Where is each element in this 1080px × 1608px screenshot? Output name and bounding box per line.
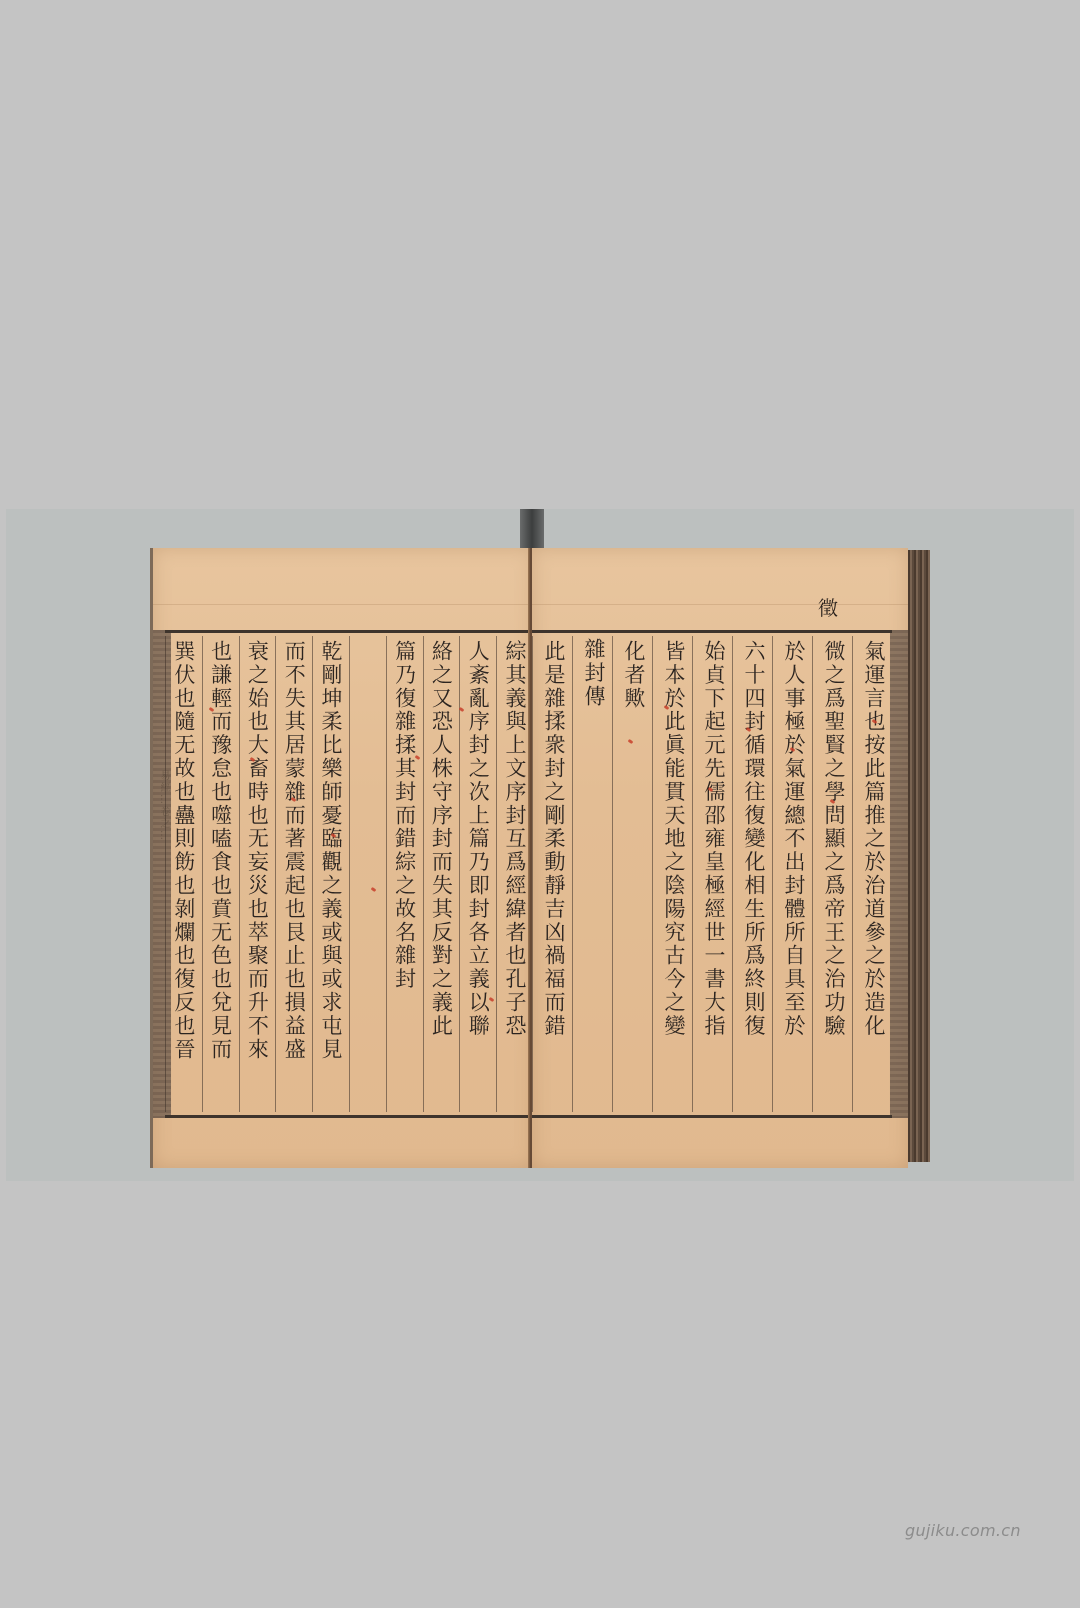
text-column: 絡之又恐人株守序封而失其反對之義此 <box>423 636 460 1112</box>
blank-column <box>349 636 386 1112</box>
text-column: 巽伏也隨无故也蠱則飭也剝爛也復反也晉 <box>165 636 202 1112</box>
text-column: 始貞下起元先儒邵雍皇極經世一書大指 <box>692 636 732 1112</box>
text-column: 也謙輕而豫怠也噬嗑食也賁无色也兌見而 <box>202 636 239 1112</box>
text-column: 此是雜揉衆封之剛柔動靜吉凶禍福而錯 <box>532 636 572 1112</box>
text-column: 乾剛坤柔比樂師憂臨觀之義或與或求屯見 <box>312 636 349 1112</box>
text-column: 人紊亂序封之次上篇乃即封各立義以聯 <box>459 636 496 1112</box>
text-column: 而不失其居蒙雜而著震起也艮止也損益盛 <box>275 636 312 1112</box>
left-page-columns: 綜其義與上文序封互爲經緯者也孔子恐 人紊亂序封之次上篇乃即封各立義以聯 絡之又恐… <box>165 636 533 1112</box>
section-title-column: 雜封傳 <box>572 636 612 1112</box>
text-column: 於人事極於氣運總不出封體所自具至於 <box>772 636 812 1112</box>
right-page-columns: 氣運言也按此篇推之於治道參之於造化 微之爲聖賢之學問顯之爲帝王之治功驗 於人事極… <box>532 636 892 1112</box>
left-page: 易經…卷之… 綜其義與上文序封互爲經緯者也孔子恐 人紊亂序封之次上篇乃即封各立義… <box>150 548 533 1168</box>
text-column: 篇乃復雜揉其封而錯綜之故名雜封 <box>386 636 423 1112</box>
right-page: 徵 氣運言也按此篇推之於治道參之於造化 微之爲聖賢之學問顯之爲帝王之治功驗 於人… <box>532 548 908 1168</box>
text-column: 皆本於此眞能貫天地之陰陽究古今之變 <box>652 636 692 1112</box>
paper-stain <box>532 604 908 605</box>
top-margin-character: 徵 <box>818 592 838 621</box>
text-column: 微之爲聖賢之學問顯之爲帝王之治功驗 <box>812 636 852 1112</box>
paper-stain <box>153 604 533 605</box>
text-column: 衰之始也大畜時也无妄災也萃聚而升不來 <box>239 636 276 1112</box>
text-column: 化者歟 <box>612 636 652 1112</box>
text-column: 六十四封循環往復變化相生所爲終則復 <box>732 636 772 1112</box>
open-book: 易經…卷之… 綜其義與上文序封互爲經緯者也孔子恐 人紊亂序封之次上篇乃即封各立義… <box>150 548 928 1168</box>
text-column: 氣運言也按此篇推之於治道參之於造化 <box>852 636 892 1112</box>
left-page-text-frame: 綜其義與上文序封互爲經緯者也孔子恐 人紊亂序封之次上篇乃即封各立義以聯 絡之又恐… <box>165 630 533 1118</box>
right-page-text-frame: 氣運言也按此篇推之於治道參之於造化 微之爲聖賢之學問顯之爲帝王之治功驗 於人事極… <box>532 630 892 1118</box>
right-page-banxin <box>890 630 908 1118</box>
book-fore-edge <box>908 550 930 1162</box>
site-watermark: gujiku.com.cn <box>905 1521 1021 1540</box>
